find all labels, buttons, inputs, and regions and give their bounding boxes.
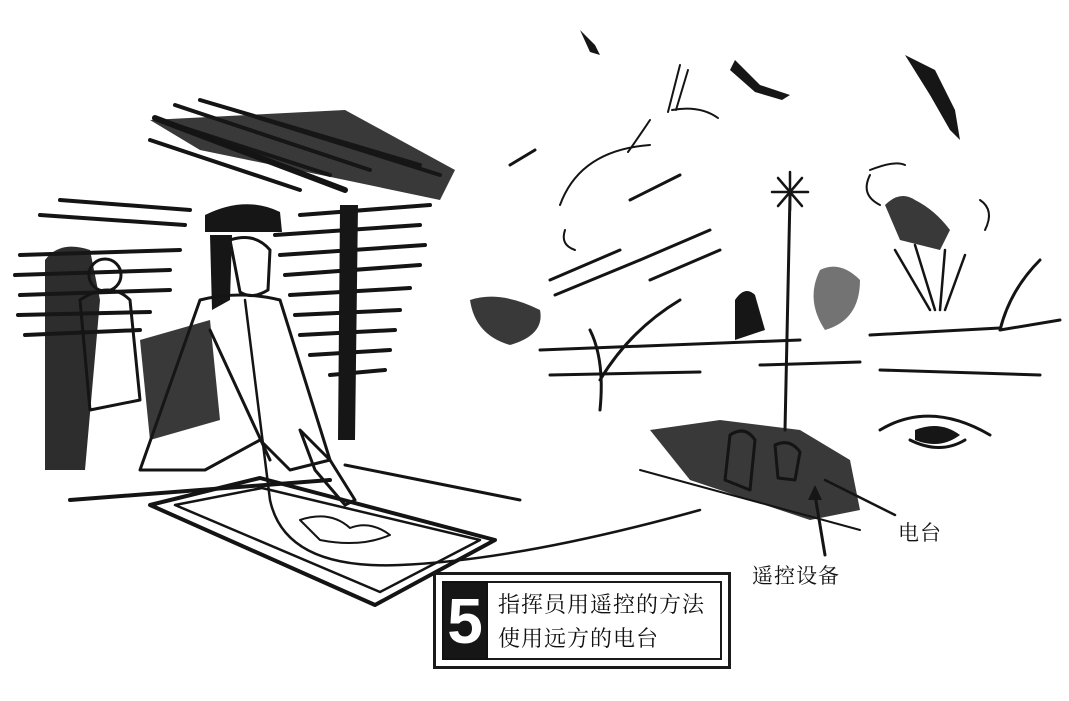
aircraft-icon	[580, 30, 600, 55]
panel-number: 5	[442, 581, 488, 660]
remote-control-equipment-label: 遥控设备	[752, 560, 840, 590]
caption-line-1: 指挥员用遥控的方法	[498, 589, 710, 623]
caption-text: 指挥员用遥控的方法 使用远方的电台	[488, 581, 722, 660]
caption-box: 5 指挥员用遥控的方法 使用远方的电台	[433, 572, 731, 669]
battlefield-scene	[470, 30, 1060, 555]
caption-line-2: 使用远方的电台	[498, 623, 710, 657]
antenna-mast	[785, 195, 790, 430]
antenna-star-icon	[772, 172, 808, 210]
radio-station-label: 电台	[898, 517, 942, 547]
